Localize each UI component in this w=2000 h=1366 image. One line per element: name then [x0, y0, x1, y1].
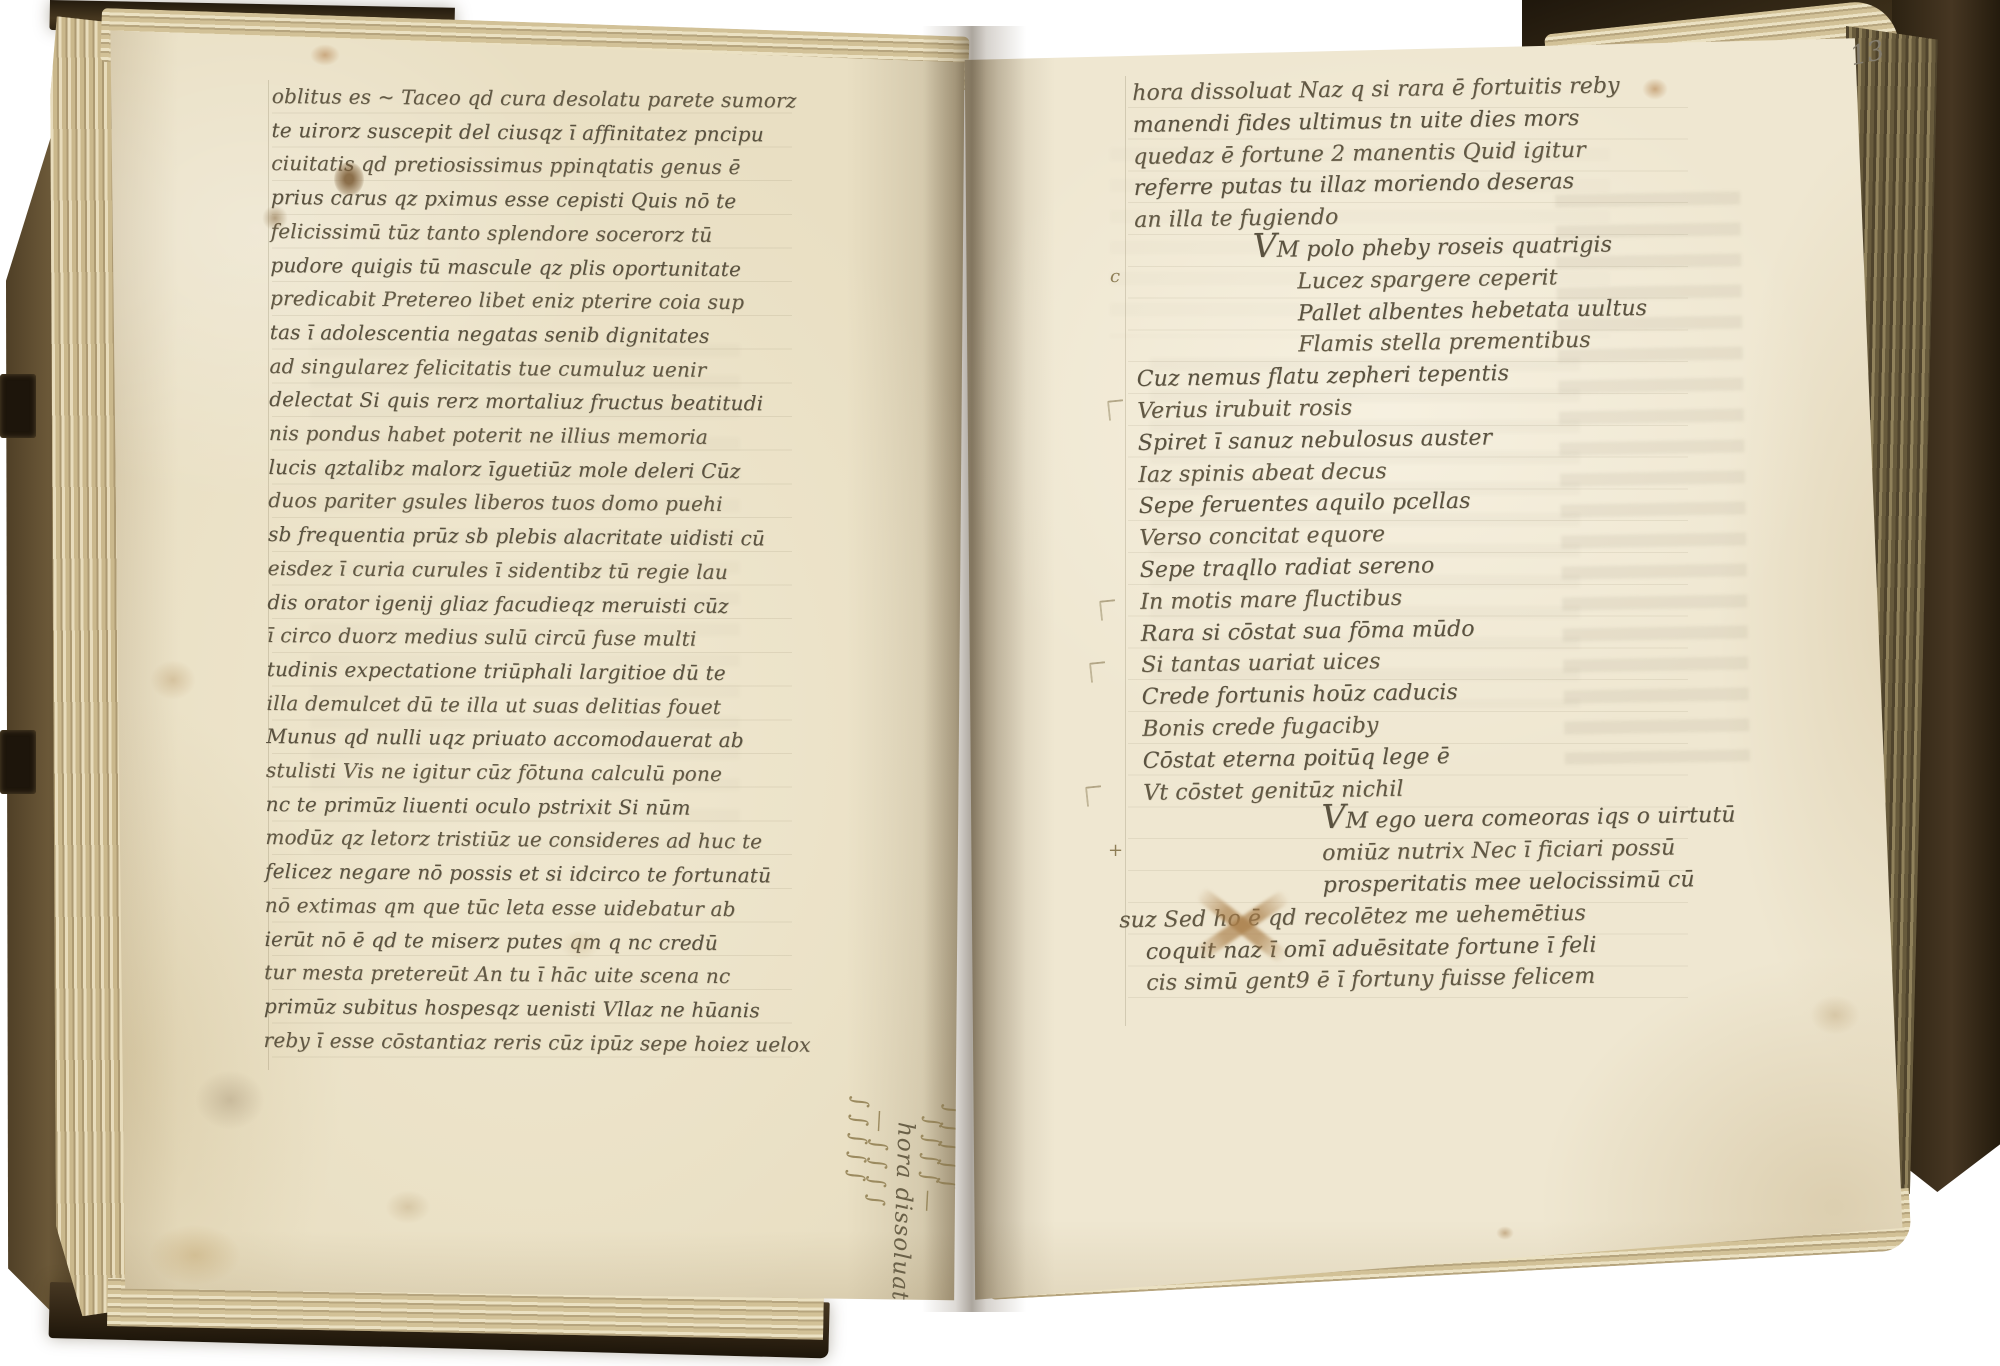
- paragraph-mark-icon: [1099, 599, 1117, 621]
- left-page-text: oblitus es ~ Taceo qd cura desolatu pare…: [263, 80, 819, 1062]
- manuscript-text-line: Munus qd nulli uqz priuato accomodauerat…: [266, 720, 813, 758]
- manuscript-text-line: tur mesta pretereūt An tu ī hāc uite sce…: [264, 956, 811, 994]
- manuscript-text-line: tas ī adolescentia negatas senib dignita…: [270, 316, 817, 354]
- manuscript-text-line: reby ī esse cōstantiaz reris cūz ipūz se…: [263, 1024, 810, 1062]
- manuscript-text-line: ad singularez felicitatis tue cumuluz ue…: [269, 350, 816, 388]
- right-page: c + hora dissoluat Naz q si rara ē fortu…: [960, 28, 1910, 1310]
- guide-letter: c: [1110, 266, 1120, 287]
- manuscript-text-line: predicabit Pretereo libet eniz pterire c…: [270, 282, 817, 320]
- manuscript-text-line: primūz subitus hospesqz uenisti Vllaz ne…: [264, 990, 811, 1028]
- manuscript-text-line: nc te primūz liuenti oculo pstrixit Si n…: [266, 788, 813, 826]
- paragraph-mark-icon: [1085, 785, 1103, 807]
- manuscript-text-line: ī circo duorz medius sulū circū fuse mul…: [267, 619, 814, 657]
- manuscript-text-line: oblitus es ~ Taceo qd cura desolatu pare…: [272, 80, 819, 118]
- manuscript-text-line: eisdez ī curia curules ī sidentibz tū re…: [268, 552, 815, 590]
- manuscript-text-line: dis orator igenij gliaz facudieqz meruis…: [267, 586, 814, 624]
- manuscript-text-line: duos pariter gsules liberos tuos domo pu…: [268, 484, 815, 522]
- manuscript-text-line: stulisti Vis ne igitur cūz fōtuna calcul…: [266, 754, 813, 792]
- manuscript-photo: oblitus es ~ Taceo qd cura desolatu pare…: [0, 0, 2000, 1366]
- margin-plus-mark: +: [1108, 840, 1123, 861]
- manuscript-text-line: modūz qz letorz tristiūz ue consideres a…: [265, 821, 812, 859]
- manuscript-text-line: felicissimū tūz tanto splendore socerorz…: [271, 215, 818, 253]
- manuscript-text-line: nis pondus habet poterit ne illius memor…: [269, 417, 816, 455]
- margin-rule: [1125, 76, 1126, 1026]
- manuscript-text-line: sb frequentia prūz sb plebis alacritate …: [268, 518, 815, 556]
- manuscript-text-line: pudore quigis tū mascule qz plis oportun…: [270, 249, 817, 287]
- manuscript-text-line: felicez negare nō possis et si idcirco t…: [265, 855, 812, 893]
- right-page-text: hora dissoluat Naz q si rara ē fortuitis…: [1132, 69, 1738, 1000]
- paragraph-mark-icon: [1089, 661, 1107, 683]
- catchword-group: ∫∫∫∫∫ —∫∫∫∫ hora dissoluat ∫∫∫∫— ∫∫∫∫∫: [848, 1096, 968, 1311]
- clasp-remnant-bottom: [0, 730, 36, 794]
- manuscript-text-line: nō extimas qm que tūc leta esse uidebatu…: [265, 889, 812, 927]
- manuscript-text-line: tudinis expectatione triūphali largitioe…: [267, 653, 814, 691]
- catchword-flourish: —∫∫∫∫: [865, 1110, 888, 1214]
- manuscript-text-line: te uirorz suscepit del ciusqz ī affinita…: [271, 114, 818, 152]
- manuscript-text-line: ciuitatis qd pretiosissimus ppinqtatis g…: [271, 147, 818, 185]
- manuscript-text-line: lucis qztalibz malorz īguetiūz mole dele…: [268, 451, 815, 489]
- manuscript-text-line: illa demulcet dū te illa ut suas delitia…: [266, 687, 813, 725]
- left-page: oblitus es ~ Taceo qd cura desolatu pare…: [100, 24, 968, 1308]
- paragraph-mark-icon: [1107, 399, 1125, 421]
- manuscript-text-line: delectat Si quis rerz mortaliuz fructus …: [269, 383, 816, 421]
- manuscript-text-line: ierūt nō ē qd te miserz putes qm q nc cr…: [264, 923, 811, 961]
- manuscript-text-line: prius carus qz pximus esse cepisti Quis …: [271, 181, 818, 219]
- catchword-flourish: ∫∫∫∫∫: [938, 1104, 961, 1197]
- clasp-remnant-top: [0, 374, 36, 438]
